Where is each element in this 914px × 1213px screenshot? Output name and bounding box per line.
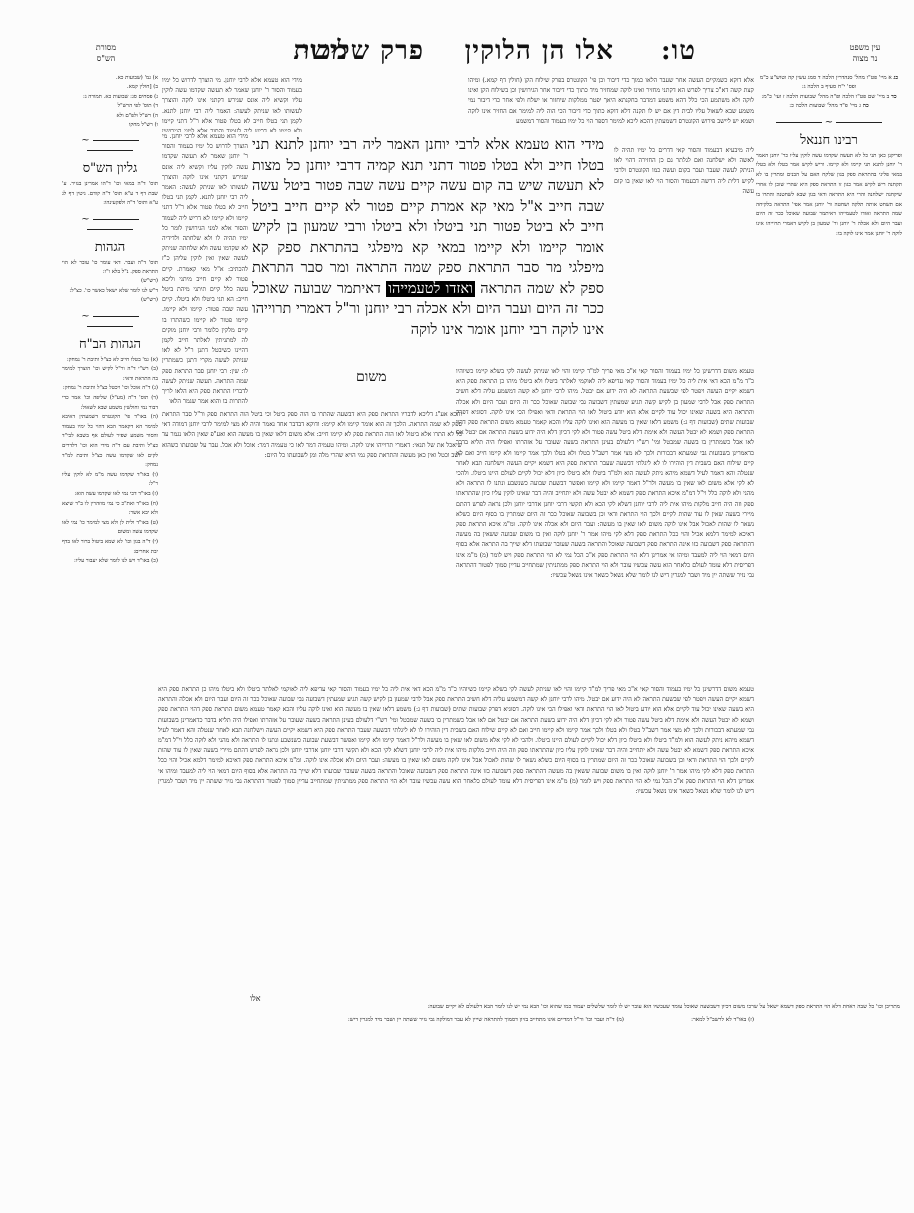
footer-note-zayin: (ז) באו"ד לא לרשב"ל למאר:	[624, 1016, 754, 1025]
habach-item: (א) גמ' בטלו חייב לא כצ"ל ותיבת ר' נמחק:	[62, 356, 158, 366]
habach-item: (ו) באו"ד שקדמו עשה מ"מ לא לוקין עליו ר"…	[62, 471, 158, 490]
mesoret-line: א) גמ' (שבועות כא.	[62, 74, 158, 83]
right-margin: כג א מיי' פט"ו מהל' סנהדרין הלכה ד סמג ע…	[756, 74, 902, 382]
hagahot-source: (רש"ש)	[62, 296, 158, 305]
ornament-divider: ~	[62, 215, 158, 235]
masechet-title: מכות	[293, 36, 348, 66]
gemara-para-1: מידי הוא טעמא אלא לרבי יוחנן האמר ליה רב…	[252, 137, 604, 297]
hagahot-item: ד"ש לנו לומר שלא ישאל כאשר כו'. כצ"ל:	[62, 287, 158, 296]
habach-item: (ג) ד"ה אוכל וכו' ויכטל כצ"ל ותיבת ר' נמ…	[62, 384, 158, 394]
footer-note-mem: (מ) ד"ה ועבר וכו' ור"ל דמדיים אינו מתחיי…	[174, 1016, 624, 1025]
ein-mishpat-entry: כה ג מיי' פ"ד מהל' שבועות הלכה כ:	[756, 102, 902, 111]
ein-mishpat-line2: נר מצוה	[830, 53, 900, 64]
perek-name: אלו הן הלוקין	[465, 36, 614, 66]
gemara-text: מידי הוא טעמא אלא לרבי יוחנן האמר ליה רב…	[252, 135, 604, 363]
hagahot-source: (רש"ש)	[62, 277, 158, 286]
daf-number: טו:	[661, 36, 696, 66]
ornament-divider: ~	[62, 136, 158, 156]
ornament-divider: ~	[756, 118, 902, 128]
tosafot-bottom: טעמא משום דדרשינן כל ימיו בעמוד והסור קא…	[158, 685, 754, 975]
mesoret-line2: הש"ס	[76, 53, 136, 64]
mesoret-line: ו) רש"ל מחקו	[62, 121, 158, 130]
habach-item: (י) ד"ה בגון וכו' לא שמא ביטול ברור לאו …	[62, 538, 158, 557]
gemara-catchword: משום	[356, 369, 387, 386]
habach-item: (ד) תוס' ד"ה (מע"ל) שליפה וכו' אמר כדי ד…	[62, 394, 158, 413]
entry-text: ג מיי' פ"ד מהל' שבועות הלכה כ:	[789, 103, 861, 109]
hagahot-title: הגהות	[62, 239, 158, 255]
gilyon-hashas-title: גליון הש"ס	[62, 160, 158, 176]
habach-item: (ה) באו"ד פי' הקונטרס דשמעתין דאיבא למימ…	[62, 413, 158, 471]
habach-item: (ב) רש"י ד"ה ור"ל לקיש וכו' הוצרך למימר …	[62, 365, 158, 384]
mesoret-label: מסורת הש"ס	[76, 42, 136, 64]
entry-letter: כד	[891, 94, 896, 100]
habach-item: (כ) באו"ד ויש לנו לומר שלא יעבור עליו:	[62, 557, 158, 567]
ein-mishpat-entry: כג א מיי' פט"ו מהל' סנהדרין הלכה ד סמג ע…	[756, 74, 902, 93]
entry-letter: כג	[894, 75, 899, 81]
entry-text: ב מיי' שם פט"ו הלכה ופ"ה מהל' שבועות הלכ…	[761, 94, 889, 100]
rabbeinu-chananel-title: רבינו חננאל	[756, 132, 902, 148]
footer-line-1: מתריכן וכו' כל שבה ראחת דלא הוי התראת ספ…	[14, 1003, 900, 1012]
rashi-lower: והכא אע"ג דליכא לדבריו התראת ספק היא דבש…	[162, 410, 462, 680]
ein-mishpat-entry: כד ב מיי' שם פט"ו הלכה ופ"ה מהל' שבועות …	[756, 93, 902, 102]
ein-mishpat-entries: כג א מיי' פט"ו מהל' סנהדרין הלכה ד סמג ע…	[756, 74, 902, 112]
hagahot-habach-title: הגהות הב"ח	[62, 336, 158, 352]
habach-item: (ט) באו"ד ולית לן ולא מצי למימר כו' נמי …	[62, 519, 158, 538]
hagahot-list: תוס' ד"ה ועבר. דאי עומר כו' עובר לא הוי …	[62, 259, 158, 306]
hagahot-habach-list: (א) גמ' בטלו חייב לא כצ"ל ותיבת ר' נמחק:…	[62, 356, 158, 941]
rashi-left-column: מידי הוא טעמא אלא לרבי יוחנן. מי הוצרך ל…	[162, 132, 248, 407]
mesoret-line: ה) רש"ל ולפ"ם ולא	[62, 112, 158, 121]
mesoret-hashas: א) גמ' (שבועות כא. ב) [חולין קמא. ג) פסח…	[62, 74, 158, 130]
habach-item: (ז) באו"ד דכי נמי לאו שקדמו עשה הוא:	[62, 490, 158, 500]
ein-mishpat-line1: עין משפט	[830, 42, 900, 53]
left-margin: א) גמ' (שבועות כא. ב) [חולין קמא. ג) פסח…	[62, 74, 158, 941]
rabbeinu-chananel-text: ופריקנן כאן תני כל לא תעשה שקדמו עשה לוק…	[756, 152, 902, 382]
ornament-divider: ~	[62, 312, 158, 332]
tosafot-mid: טעמא משום דדרשינן כל ימיו בעמוד והסור קא…	[456, 367, 754, 679]
tosafot-catchword: אלו	[250, 994, 261, 1003]
mesoret-line: ג) פסחים סג: שבועות כא. תמורה ג:	[62, 93, 158, 102]
tosafot-right-column: ליה מיבעיא דבעמוד והסור קאי דדרים כל ימי…	[614, 146, 754, 366]
ein-mishpat-label: עין משפט נר מצוה	[830, 42, 900, 64]
entry-letter: כה	[863, 103, 869, 109]
mesoret-line: ד) תוס' לפי הרש"ל	[62, 102, 158, 111]
gilyon-hashas-text: תוס' ד"ה במאי וכו' ד"הו אמרינן בנזיר. ע'…	[62, 180, 158, 208]
rashi-top: מידי הוא טעמא אלא לרבי יוחנן. מי הוצרך ל…	[162, 76, 302, 132]
gemara-highlighted-phrase: ואזדו לטעמייהו	[386, 281, 475, 297]
entry-text: א מיי' פט"ו מהל' סנהדרין הלכה ד סמג עשין…	[760, 75, 892, 90]
mesoret-line1: מסורת	[76, 42, 136, 53]
hagahot-item: תוס' ד"ה ועבר. דאי עומר כו' עובר לא הוי …	[62, 259, 158, 278]
mesoret-line: ב) [חולין קמא.	[62, 83, 158, 92]
habach-item: (ח) באו"ד ואת"כ כי נמי מוזהרין לו ב"ד שי…	[62, 500, 158, 519]
